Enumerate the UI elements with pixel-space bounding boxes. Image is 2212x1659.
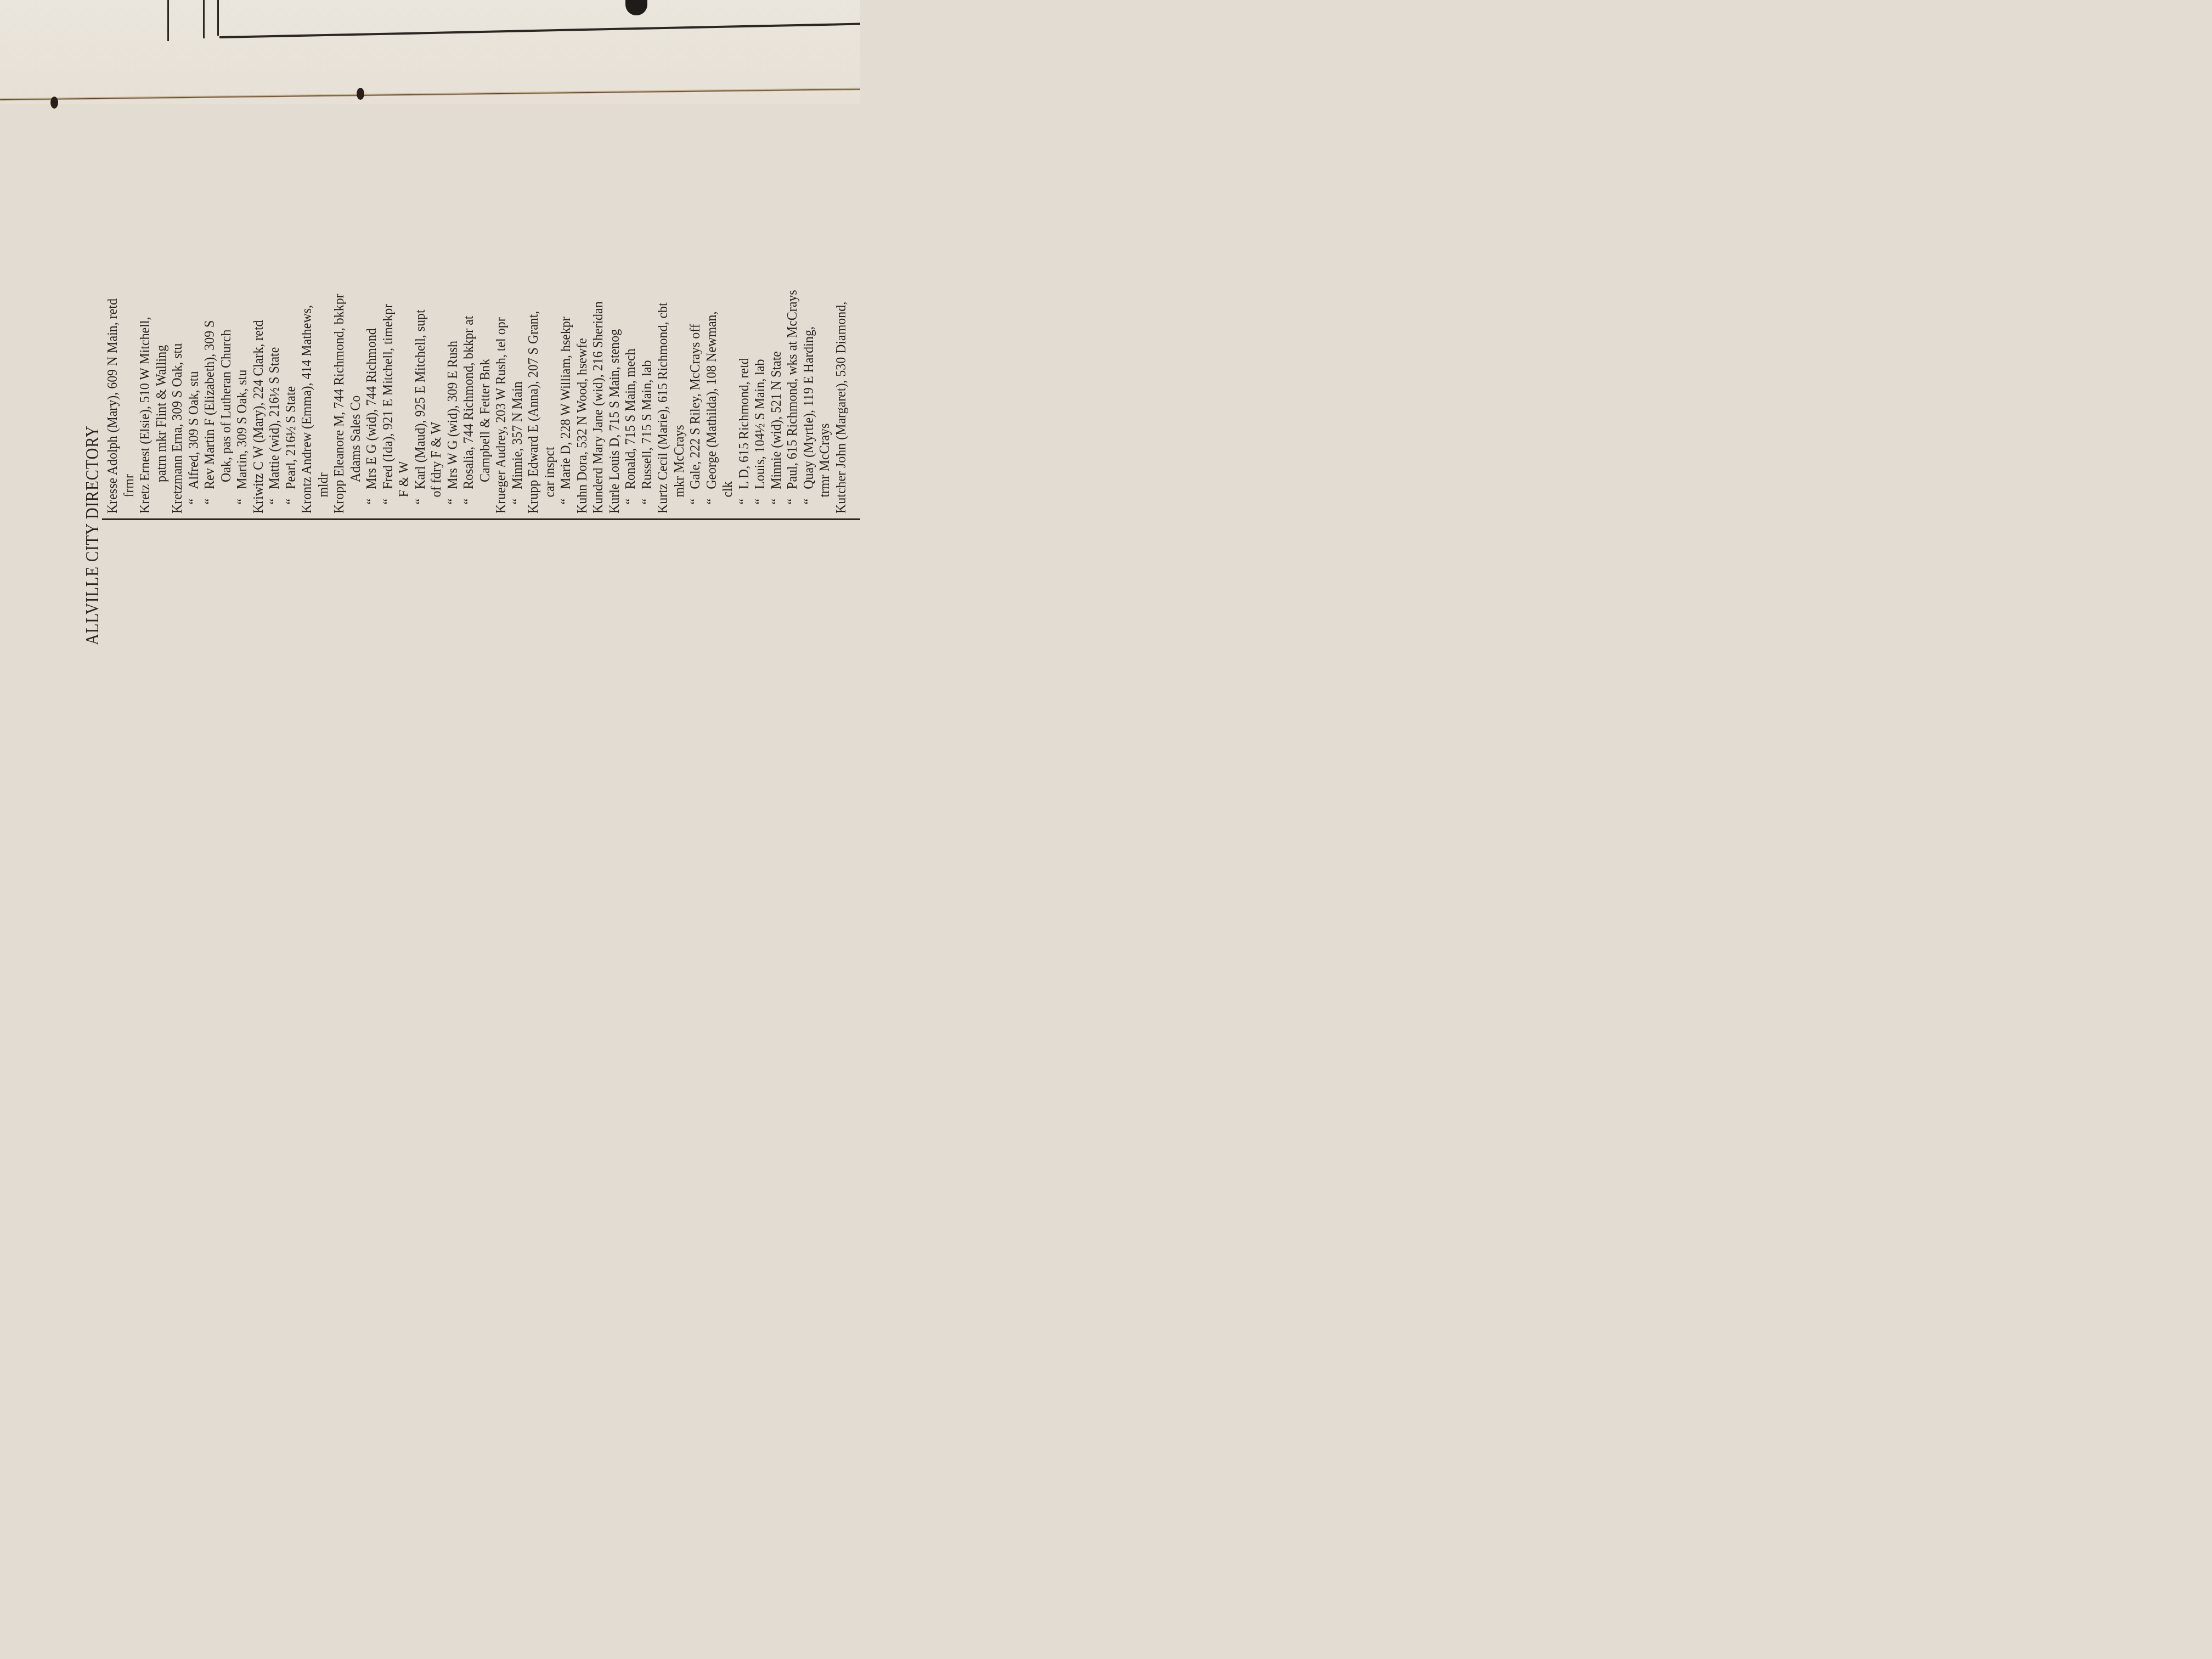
directory-entry-ditto: “Quay (Myrtle), 119 E Harding, bbox=[800, 180, 817, 513]
directory-entry-ditto: “Marie D, 228 W William, hsekpr bbox=[557, 180, 574, 513]
entry-text: Kunderd Mary Jane (wid), 216 Sheridan bbox=[590, 301, 606, 513]
directory-entry-ditto: “Louis, 104½ S Main, lab bbox=[752, 180, 768, 513]
directory-entry-ditto: “Mattie (wid), 216½ S State bbox=[266, 180, 283, 513]
entry-text: of fdry F & W bbox=[428, 422, 444, 498]
ditto-mark: “ bbox=[412, 489, 428, 505]
entry-text: trmr McCrays bbox=[816, 424, 832, 498]
directory-entry-ditto: “Ronald, 715 S Main, mech bbox=[622, 180, 639, 513]
directory-entry-ditto: “Mrs E G (wid), 744 Richmond bbox=[363, 180, 380, 513]
entry-text: Campbell & Fetter Bnk bbox=[477, 359, 493, 482]
entry-text: Kuhn Dora, 532 N Wood, hsewfe bbox=[574, 338, 590, 513]
ditto-mark: “ bbox=[185, 489, 202, 505]
entry-text: Paul, 615 Richmond, wks at McCrays bbox=[784, 290, 800, 489]
facing-page-rule-3 bbox=[217, 0, 219, 36]
directory-entry: Krontz Andrew (Emma), 414 Mathews, bbox=[298, 180, 315, 513]
ditto-mark: “ bbox=[363, 489, 380, 505]
entry-text: Fred (Ida), 921 E Mitchell, timekpr bbox=[380, 304, 396, 489]
directory-entry-ditto: “Alfred, 309 S Oak, stu bbox=[185, 180, 202, 513]
directory-entry-ditto: “Fred (Ida), 921 E Mitchell, timekpr bbox=[380, 180, 396, 513]
ditto-mark: “ bbox=[703, 489, 720, 505]
directory-entry-ditto: “Gale, 222 S Riley, McCrays off bbox=[687, 180, 703, 513]
entry-text: Minnie, 357 N Main bbox=[509, 381, 525, 489]
ditto-mark: “ bbox=[622, 489, 639, 505]
entry-text: Russell, 715 S Main, lab bbox=[639, 360, 654, 489]
entry-text: Ronald, 715 S Main, mech bbox=[622, 348, 638, 489]
entry-text: Louis, 104½ S Main, lab bbox=[752, 359, 768, 489]
directory-entry-continuation: car inspct bbox=[541, 180, 558, 513]
directory-entry-ditto: “Minnie, 357 N Main bbox=[509, 180, 526, 513]
directory-entry: Kunderd Mary Jane (wid), 216 Sheridan bbox=[590, 180, 606, 513]
entry-text: Mattie (wid), 216½ S State bbox=[266, 347, 282, 489]
directory-entry-continuation: Campbell & Fetter Bnk bbox=[477, 180, 493, 513]
directory-entry-continuation: mkr McCrays bbox=[671, 180, 687, 513]
directory-entry-ditto: “Martin, 309 S Oak, stu bbox=[234, 180, 250, 513]
right-column-entries: Kresse Adolph (Mary), 609 N Main, retdfr… bbox=[104, 151, 849, 513]
ditto-mark: “ bbox=[768, 489, 785, 505]
directory-entry: Kresse Adolph (Mary), 609 N Main, retd bbox=[104, 180, 121, 513]
entry-text: Krueger Audrey, 203 W Rush, tel opr bbox=[493, 317, 509, 513]
ditto-mark: “ bbox=[557, 489, 574, 505]
running-title: ALLVILLE CITY DIRECTORY bbox=[82, 225, 104, 645]
ditto-mark: “ bbox=[639, 489, 655, 505]
entry-text: Martin, 309 S Oak, stu bbox=[234, 370, 250, 489]
entry-text: Rev Martin F (Elizabeth), 309 S bbox=[201, 320, 217, 489]
directory-entry: Krupp Edward E (Anna), 207 S Grant, bbox=[525, 180, 541, 513]
directory-entry-ditto: “L D, 615 Richmond, retd bbox=[736, 180, 752, 513]
directory-entry-ditto: “George (Mathilda), 108 Newman, bbox=[703, 180, 720, 513]
entry-text: patrn mkr Flint & Walling bbox=[153, 345, 169, 482]
ditto-mark: “ bbox=[460, 489, 477, 505]
entry-text: Alfred, 309 S Oak, stu bbox=[185, 371, 201, 489]
directory-entry-ditto: “Mrs W G (wid), 309 E Rush bbox=[444, 180, 461, 513]
directory-entry-continuation: clk bbox=[719, 180, 736, 513]
directory-page: ALLVILLE CITY DIRECTORY ell, priv secych… bbox=[82, 151, 860, 645]
entry-text: Oak, pas of Lutheran Church bbox=[218, 330, 234, 482]
directory-entry-ditto: “Russell, 715 S Main, lab bbox=[639, 180, 655, 513]
directory-entry: Kutcher John (Margaret), 530 Diamond, bbox=[833, 180, 849, 513]
directory-entry-ditto: “Rosalia, 744 Richmond, bkkpr at bbox=[460, 180, 477, 513]
entry-text: mldr bbox=[315, 472, 331, 497]
ditto-mark: “ bbox=[234, 489, 250, 505]
entry-text: Krupp Edward E (Anna), 207 S Grant, bbox=[525, 311, 541, 513]
facing-page-rule-2 bbox=[203, 0, 205, 38]
entry-text: frmr bbox=[121, 474, 137, 498]
ditto-mark: “ bbox=[444, 489, 461, 505]
ditto-mark: “ bbox=[752, 489, 768, 505]
directory-entry-ditto: “Minnie (wid), 521 N State bbox=[768, 180, 785, 513]
entry-text: Rosalia, 744 Richmond, bkkpr at bbox=[460, 316, 476, 489]
directory-entry-ditto: “Rev Martin F (Elizabeth), 309 S bbox=[201, 180, 218, 513]
entry-text: Mrs W G (wid), 309 E Rush bbox=[444, 341, 460, 489]
ditto-mark: “ bbox=[509, 489, 526, 505]
directory-entry-ditto: “Paul, 615 Richmond, wks at McCrays bbox=[784, 180, 800, 513]
directory-entry: Kretzmann Erna, 309 S Oak, stu bbox=[169, 180, 185, 513]
entry-text: Kresse Adolph (Mary), 609 N Main, retd bbox=[104, 298, 120, 513]
entry-text: Kropp Eleanore M, 744 Richmond, bkkpr bbox=[331, 294, 347, 513]
ditto-mark: “ bbox=[736, 489, 752, 505]
entry-text: F & W bbox=[396, 461, 411, 498]
entry-text: Mrs E G (wid), 744 Richmond bbox=[363, 328, 379, 489]
ditto-mark: “ bbox=[687, 489, 703, 505]
ditto-mark: “ bbox=[201, 489, 218, 505]
directory-entry-continuation: of fdry F & W bbox=[428, 180, 444, 513]
entry-text: Marie D, 228 W William, hsekpr bbox=[557, 317, 573, 489]
directory-entry-ditto: “Karl (Maud), 925 E Mitchell, supt bbox=[412, 180, 428, 513]
entry-text: clk bbox=[719, 481, 735, 497]
directory-entry: Kropp Eleanore M, 744 Richmond, bkkpr bbox=[331, 180, 347, 513]
ditto-mark: “ bbox=[283, 489, 299, 505]
entry-text: L D, 615 Richmond, retd bbox=[736, 358, 752, 489]
entry-text: Kutcher John (Margaret), 530 Diamond, bbox=[833, 302, 849, 513]
directory-entry: Kurtz Cecil (Marie), 615 Richmond, cbt bbox=[654, 180, 671, 513]
directory-entry: Kuhn Dora, 532 N Wood, hsewfe bbox=[574, 180, 590, 513]
entry-text: Kurtz Cecil (Marie), 615 Richmond, cbt bbox=[654, 302, 670, 513]
entry-text: Gale, 222 S Riley, McCrays off bbox=[687, 324, 703, 489]
directory-entry-continuation: F & W bbox=[396, 180, 412, 513]
directory-entry: Kretz Ernest (Elsie), 510 W Mitchell, bbox=[137, 180, 153, 513]
entry-text: Kretzmann Erna, 309 S Oak, stu bbox=[169, 343, 185, 513]
binding-stitch-left bbox=[50, 97, 58, 109]
binding-stitch-center bbox=[357, 88, 364, 100]
ditto-mark: “ bbox=[380, 489, 396, 505]
entry-text: Adams Sales Co bbox=[347, 396, 363, 482]
directory-entry-continuation: trmr McCrays bbox=[816, 180, 833, 513]
directory-entry: Kurle Louis D, 715 S Main, stenog bbox=[606, 180, 623, 513]
directory-entry-ditto: “Pearl, 216½ S State bbox=[283, 180, 299, 513]
directory-entry-continuation: patrn mkr Flint & Walling bbox=[153, 180, 170, 513]
facing-page-rule-1 bbox=[167, 0, 169, 41]
directory-entry-continuation: frmr bbox=[121, 180, 137, 513]
column-divider-rule bbox=[102, 518, 860, 520]
ditto-mark: “ bbox=[784, 489, 800, 505]
entry-text: Krontz Andrew (Emma), 414 Mathews, bbox=[298, 305, 314, 513]
entry-text: Kriwitz C W (Mary), 224 Clark, retd bbox=[250, 320, 266, 513]
entry-text: mkr McCrays bbox=[671, 425, 687, 497]
directory-entry-continuation: Adams Sales Co bbox=[347, 180, 364, 513]
ditto-mark: “ bbox=[800, 489, 817, 505]
page-title: ALLVILLE CITY DIRECTORY bbox=[82, 425, 103, 645]
entry-text: George (Mathilda), 108 Newman, bbox=[703, 311, 719, 489]
entry-text: Kretz Ernest (Elsie), 510 W Mitchell, bbox=[137, 317, 153, 513]
directory-entry-continuation: Oak, pas of Lutheran Church bbox=[218, 180, 234, 513]
entry-text: Kurle Louis D, 715 S Main, stenog bbox=[606, 329, 622, 513]
entry-text: Quay (Myrtle), 119 E Harding, bbox=[800, 326, 816, 489]
entry-text: Pearl, 216½ S State bbox=[283, 386, 298, 489]
directory-entry: Krueger Audrey, 203 W Rush, tel opr bbox=[493, 180, 509, 513]
ditto-mark: “ bbox=[266, 489, 283, 505]
directory-entry: Kriwitz C W (Mary), 224 Clark, retd bbox=[250, 180, 267, 513]
entry-text: car inspct bbox=[541, 447, 557, 497]
entry-text: Karl (Maud), 925 E Mitchell, supt bbox=[412, 309, 428, 489]
directory-entry-continuation: mldr bbox=[315, 180, 331, 513]
entry-text: Minnie (wid), 521 N State bbox=[768, 351, 784, 489]
